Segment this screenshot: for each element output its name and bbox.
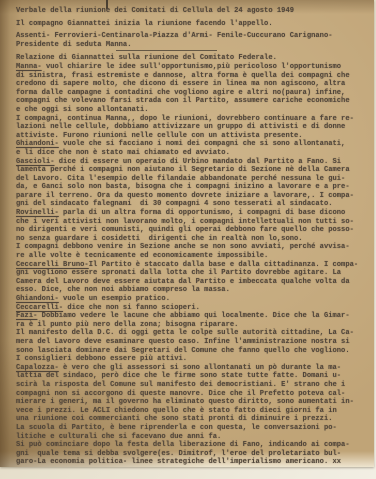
text-segment: garo-La economia politica- linee strateg… (16, 458, 341, 466)
text-line: re alle volte è tecnicamente ed economic… (16, 252, 372, 261)
text-segment: no dirigenti e veri comunisti, quindi gl… (16, 226, 354, 234)
text-line: Verbale della riunione dei Comitati di C… (16, 7, 372, 16)
text-segment: lattia del sindaco, però dice che le fir… (16, 372, 341, 380)
text-segment: ra è il punto più nero della zona; bisog… (16, 321, 238, 329)
text-line: del Lavoro. Cita l'esempio delle filanda… (16, 175, 372, 184)
text-line: Ceccarelli Bruno-Il Partito è staccato d… (16, 261, 372, 270)
rule-bar (116, 50, 217, 52)
speaker-name: Ghiandoni- (16, 295, 59, 303)
text-line: credono di sapere molto, che dicono di e… (16, 80, 372, 89)
speaker-name: Manna- (16, 63, 42, 71)
text-line: no dirigenti e veri comunisti, quindi gl… (16, 226, 372, 235)
text-segment: forma dalle campagne i contadini che vog… (16, 89, 345, 97)
text-segment: gni vogliono essere spronati dalla lotta… (16, 269, 341, 277)
text-segment: lazioni nelle cellule, dobbiamo attivizz… (16, 123, 345, 131)
text-segment: vuole un esempio pratico. (59, 295, 170, 303)
text-line: lamenta perché i compagni non aiutano il… (16, 166, 372, 175)
text-line: I compagni, continua Manna,, dopo le riu… (16, 115, 372, 124)
text-segment: Camera del Lavoro deve essere aiutata da… (16, 278, 350, 286)
text-segment: compagni non si accorgono di queste mano… (16, 390, 345, 398)
text-segment: parla di un altra forma di opportunismo,… (59, 209, 346, 217)
text-segment: I compagni debbono venire in Sezione anc… (16, 243, 350, 251)
text-segment: Il Partito è staccato dalla base e dalla… (89, 261, 358, 269)
text-line: Gascioli- dice di essere un operaio di U… (16, 158, 372, 167)
text-segment: Relazione di Giannattei sulla riunione d… (16, 54, 277, 62)
text-segment: no senza guardare i cosidetti dirigenti … (16, 235, 303, 243)
text-segment: e li dice che non è stato mai chiamato e… (16, 149, 230, 157)
text-segment: vece i prezzi. Le ACLI chiedono quello c… (16, 407, 337, 415)
text-line: Si può cominciare dopo la festa della li… (16, 441, 372, 450)
text-line: Ghiandoni- vuole un esempio pratico. (16, 295, 372, 304)
text-line: Assenti- Ferrovieri-Centinarola-Piazza d… (16, 32, 372, 41)
text-line: Il manifesto della D.C. di oggi getta le… (16, 329, 372, 338)
text-line: da, e Ganci solo non basta, bisogna che … (16, 183, 372, 192)
text-segment: Si può cominciare dopo la festa della li… (16, 441, 350, 449)
speaker-name: Capalozza- (16, 364, 59, 372)
text-line: La scuola di Partito, è bene riprenderla… (16, 424, 372, 433)
text-segment: mera del Lavoro deve esaminare questo ca… (16, 338, 350, 346)
speaker-name: Ceccarelli- (16, 304, 63, 312)
text-line: compagni non si accorgono di queste mano… (16, 390, 372, 399)
text-line: Ceccarelli- dice che non si fanno sciope… (16, 304, 372, 313)
text-line: garo-La economia politica- linee strateg… (16, 458, 372, 467)
text-segment: parare il terreno. Ora da questo momento… (16, 192, 354, 200)
document-lines: Verbale della riunione dei Comitati di C… (16, 7, 372, 467)
text-line: lazioni nelle cellule, dobbiamo attivizz… (16, 123, 372, 132)
text-line: Il compagno Giannattei inizia la riunion… (16, 20, 372, 29)
text-segment: vuol chiarire le idee sull'opportunismo,… (42, 63, 341, 71)
text-line: scirà la risposta del Comune sul manifes… (16, 381, 372, 390)
text-segment: è vero che gli assessori si sono allonta… (59, 364, 341, 372)
text-segment: I compagni, continua Manna,, dopo le riu… (16, 115, 354, 123)
text-segment: Il compagno Giannattei inizia la riunion… (16, 20, 273, 28)
speaker-name: Ceccarelli Bruno- (16, 261, 89, 269)
speaker-name: Rovinelli- (16, 209, 59, 217)
text-segment: del Lavoro. Cita l'esempio delle filanda… (16, 175, 345, 183)
text-line: I consiglieri debbono essere più attivi. (16, 355, 372, 364)
text-line: compagni che volevano farsi strada con i… (16, 97, 372, 106)
text-segment: gni quale tema si debba svolgere(es. Dim… (16, 450, 341, 458)
text-segment: attiviste. Furono riunioni nelle cellule… (16, 132, 303, 140)
text-segment: e che oggi si sono allontanati. (16, 106, 149, 114)
text-line: lattia del sindaco, però dice che le fir… (16, 372, 372, 381)
text-line: Fazi- Dobbiamo vedere le lacune che abbi… (16, 312, 372, 321)
text-line: Relazione di Giannattei sulla riunione d… (16, 54, 372, 63)
text-segment: Il manifesto della D.C. di oggi getta le… (16, 329, 354, 337)
text-segment: credono di sapere molto, che dicono di e… (16, 80, 345, 88)
text-line: Manna- vuol chiarire le idee sull'opport… (16, 63, 372, 72)
text-segment: vuole che si facciano i nomi dei compagn… (59, 140, 346, 148)
text-line: Ghiandoni- vuole che si facciano i nomi … (16, 140, 372, 149)
text-segment: Dobbiamo vedere le lacune che abbiamo qu… (37, 312, 349, 320)
text-segment: I consiglieri debbono essere più attivi. (16, 355, 187, 363)
text-segment: Verbale della riunione dei Comitati di C… (16, 7, 294, 15)
text-segment: che i veri attivisti non lavorano molto,… (16, 218, 354, 226)
text-segment: Presidente di seduta Manna. (16, 41, 131, 49)
text-line: sono lasciata dominare dai Segretari del… (16, 347, 372, 356)
text-line: una riunione coi commercianti che sono s… (16, 415, 372, 424)
text-line: di sinistra, frasi estremiste e dannose,… (16, 72, 372, 81)
text-segment: lamenta perché i compagni non aiutano il… (16, 166, 350, 174)
text-segment: da, e Ganci solo non basta, bisogna che … (16, 183, 350, 191)
text-line: gni del sindacato falegnami di 30 compag… (16, 200, 372, 209)
text-segment: gni del sindacato falegnami di 30 compag… (16, 200, 333, 208)
text-line: Rovinelli- parla di un altra forma di op… (16, 209, 372, 218)
text-line: gni vogliono essere spronati dalla lotta… (16, 269, 372, 278)
text-segment: mierare i generi, ma il governo ha elimi… (16, 398, 354, 406)
text-line: I compagni debbono venire in Sezione anc… (16, 243, 372, 252)
text-line: mierare i generi, ma il governo ha elimi… (16, 398, 372, 407)
text-line: mera del Lavoro deve esaminare questo ca… (16, 338, 372, 347)
text-segment: dice che non si fanno scioperi. (63, 304, 200, 312)
text-segment: esso. Dice, che non noi abbiamo compreso… (16, 286, 230, 294)
text-segment: dice di essere un operaio di Urbino mand… (55, 158, 342, 166)
text-segment: sono lasciata dominare dai Segretari del… (16, 347, 350, 355)
speaker-name: Ghiandoni- (16, 140, 59, 148)
text-segment: scirà la risposta del Comune sul manifes… (16, 381, 345, 389)
text-segment: Assenti- Ferrovieri-Centinarola-Piazza d… (16, 32, 333, 40)
text-segment: litiche e culturali che si facevano due … (16, 433, 221, 441)
text-segment: di sinistra, frasi estremiste e dannose,… (16, 72, 350, 80)
text-line: gni quale tema si debba svolgere(es. Dim… (16, 450, 372, 459)
text-line: che i veri attivisti non lavorano molto,… (16, 218, 372, 227)
scanned-page: Verbale della riunione dei Comitati di C… (0, 0, 374, 467)
text-segment: re alle volte è tecnicamente ed economic… (16, 252, 268, 260)
text-line: e che oggi si sono allontanati. (16, 106, 372, 115)
text-segment: una riunione coi commercianti che sono s… (16, 415, 333, 423)
text-segment: compagni che volevano farsi strada con i… (16, 97, 350, 105)
speaker-name: Gascioli- (16, 158, 55, 166)
text-line: litiche e culturali che si facevano due … (16, 433, 372, 442)
text-line: e li dice che non è stato mai chiamato e… (16, 149, 372, 158)
scan-frame: Verbale della riunione dei Comitati di C… (0, 0, 376, 479)
speaker-name: Fazi- (16, 312, 37, 320)
text-line: esso. Dice, che non noi abbiamo compreso… (16, 286, 372, 295)
text-line: Presidente di seduta Manna. (16, 41, 372, 50)
text-segment: La scuola di Partito, è bene riprenderla… (16, 424, 337, 432)
